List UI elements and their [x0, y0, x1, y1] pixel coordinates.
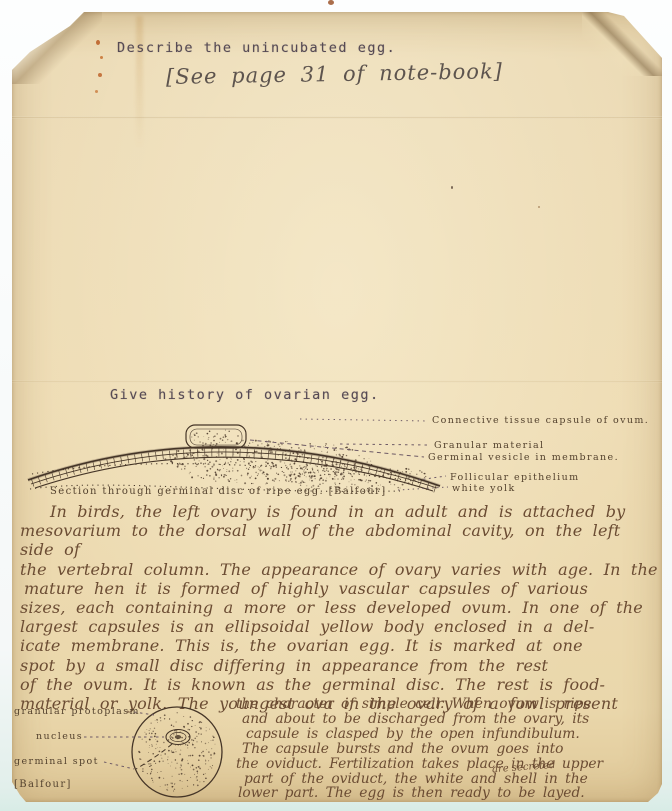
- diagram-label-germinal-vesicle: Germinal vesicle in membrane.: [428, 452, 619, 463]
- handwriting-line: In birds, the left ovary is found in an …: [20, 502, 664, 521]
- diagram-credit-balfour: [Balfour]: [14, 779, 72, 790]
- handwriting-line: spot by a small disc differing in appear…: [20, 656, 664, 675]
- diagram-label-white-yolk: white yolk: [452, 483, 516, 494]
- leader-granular-material: [340, 444, 430, 445]
- scanned-notebook-page: Describe the unincubated egg. [See page …: [0, 0, 672, 811]
- handwriting-line: capsule is clasped by the open infundibu…: [236, 727, 666, 742]
- handwriting-line: the character of simple cell. When ovum …: [236, 697, 666, 712]
- diagram-label-granular-protoplasm: granular protoplasm: [14, 706, 140, 717]
- paper-stain: [136, 16, 143, 148]
- handwriting-line: mature hen it is formed of highly vascul…: [20, 579, 664, 598]
- handwriting-line: largest capsules is an ellipsoidal yello…: [20, 617, 664, 636]
- handwriting-line: The capsule bursts and the ovum goes int…: [236, 742, 666, 757]
- corner-fold-top-right: [582, 12, 662, 76]
- handwriting-line: and about to be discharged from the ovar…: [236, 712, 666, 727]
- handwriting-line: lower part. The egg is then ready to be …: [236, 786, 666, 801]
- germinal-spot-dashed-path: [136, 744, 172, 769]
- handwriting-line: the vertebral column. The appearance of …: [20, 560, 664, 579]
- diagram-label-nucleus: nucleus: [36, 731, 83, 742]
- diagram-label-granular-material: Granular material: [434, 440, 545, 451]
- diagram-caption-section-through: Section through germinal disc of ripe eg…: [50, 486, 387, 497]
- foxing-spot: [328, 0, 334, 5]
- handwriting-line: mesovarium to the dorsal wall of the abd…: [20, 521, 664, 559]
- diagram-label-connective-tissue: Connective tissue capsule of ovum.: [432, 415, 649, 426]
- handwritten-paragraph-2: the character of simple cell. When ovum …: [236, 697, 666, 801]
- vesicle-stipple: [191, 430, 238, 445]
- handwriting-line: part of the oviduct, the white and shell…: [236, 772, 666, 787]
- diagram-label-follicular-epithelium: Follicular epithelium: [450, 472, 580, 483]
- handwritten-paragraph: In birds, the left ovary is found in an …: [20, 502, 664, 713]
- ovum-stipple: [138, 712, 215, 791]
- typed-question-unincubated-egg: Describe the unincubated egg.: [117, 40, 396, 56]
- leader-germinal-spot: [104, 762, 134, 769]
- germinal-spot-dot: [175, 735, 181, 739]
- handwriting-line: icate membrane. This is, the ovarian egg…: [20, 636, 664, 655]
- handwriting-line: sizes, each containing a more or less de…: [20, 598, 664, 617]
- handwriting-line: the oviduct. Fertilization takes place i…: [236, 757, 666, 772]
- paper-crease: [12, 116, 662, 119]
- corner-fold-top-left: [12, 12, 102, 84]
- paper-crease: [12, 380, 662, 383]
- diagram-label-germinal-spot: germinal spot: [14, 756, 99, 767]
- leader-connective-tissue: [300, 419, 428, 421]
